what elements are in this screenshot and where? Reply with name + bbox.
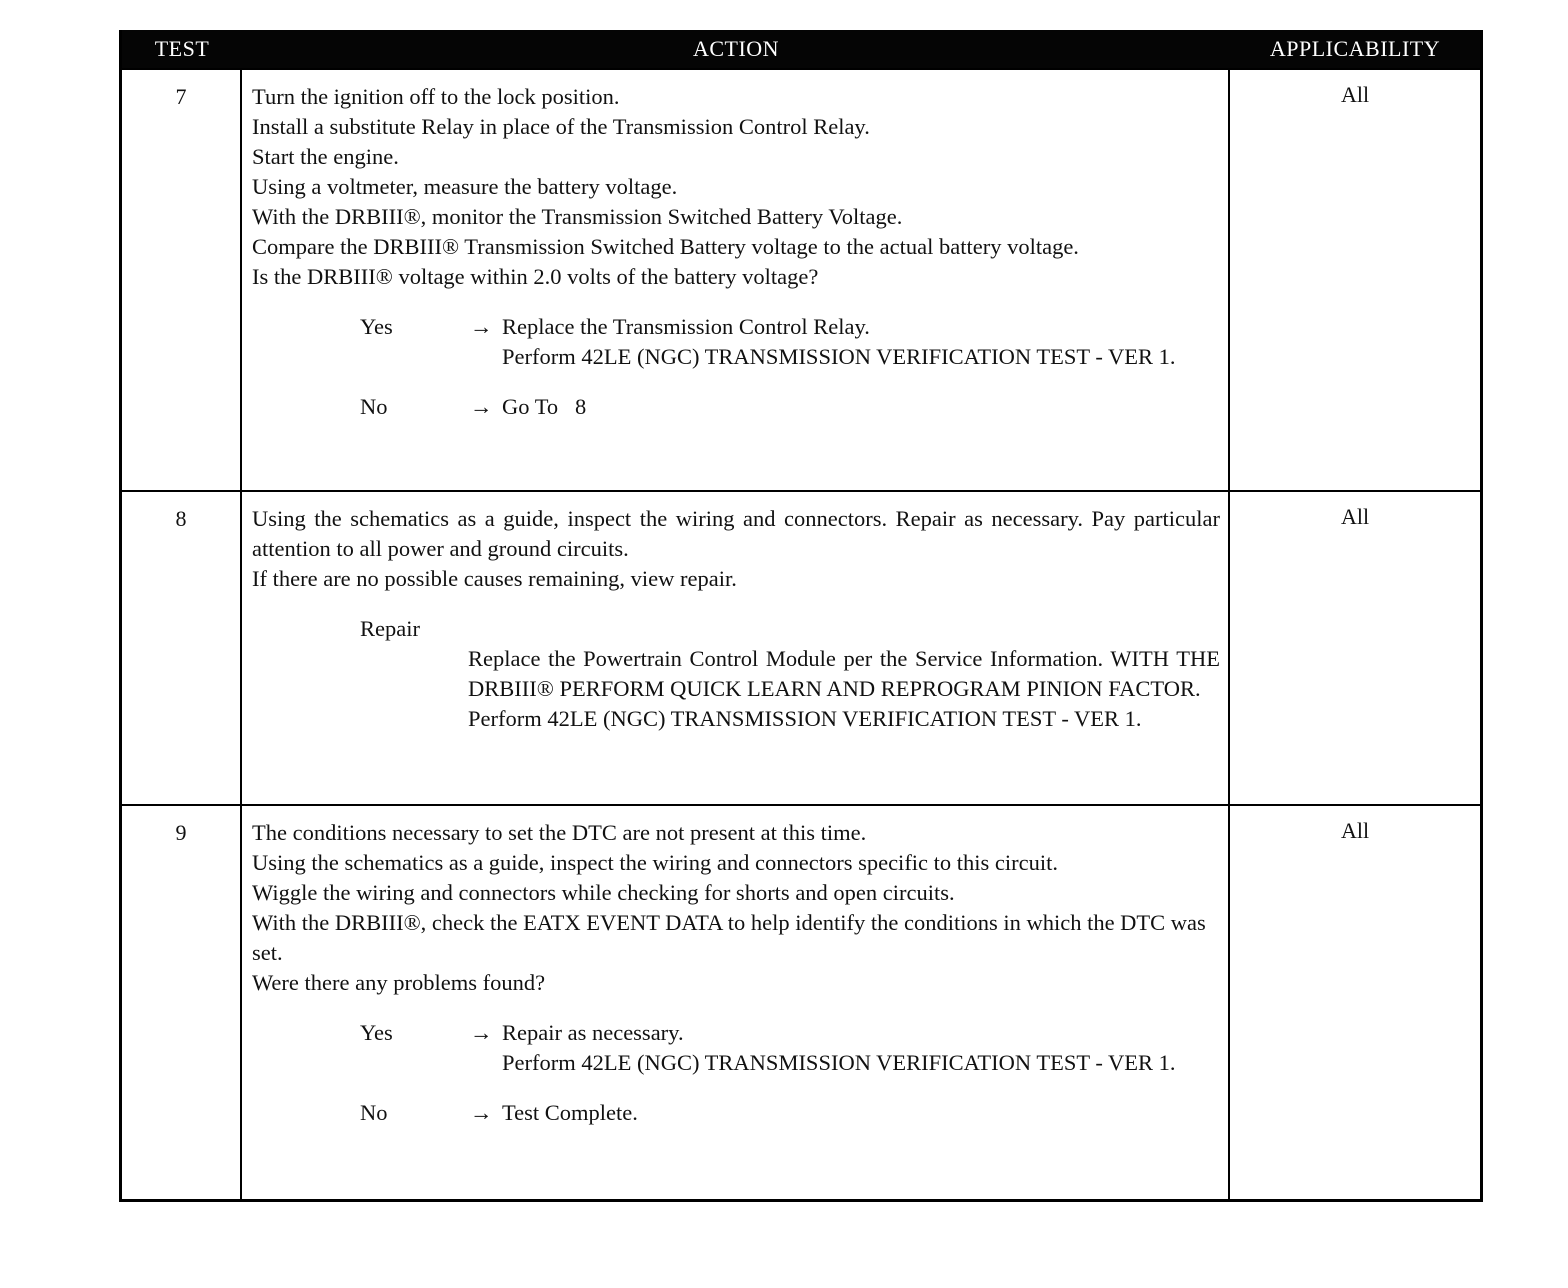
step: Using a voltmeter, measure the battery v… xyxy=(252,172,1220,202)
no-label: No xyxy=(252,392,470,422)
step: Wiggle the wiring and connectors while c… xyxy=(252,878,1220,908)
yes-branch: Yes → Replace the Transmission Control R… xyxy=(252,312,1220,372)
table-row: 9 The conditions necessary to set the DT… xyxy=(122,804,1480,1199)
step: Compare the DRBIII® Transmission Switche… xyxy=(252,232,1220,262)
diagnostic-test-table: TEST ACTION APPLICABILITY 7 Turn the ign… xyxy=(119,30,1483,1202)
arrow-right-icon: → xyxy=(470,312,502,372)
yes-action: Repair as necessary. xyxy=(502,1018,1220,1048)
yes-action: Perform 42LE (NGC) TRANSMISSION VERIFICA… xyxy=(502,1048,1220,1078)
step: If there are no possible causes remainin… xyxy=(252,564,1220,594)
action-cell: The conditions necessary to set the DTC … xyxy=(242,806,1230,1199)
no-branch: No → Go To 8 xyxy=(252,392,1220,422)
arrow-right-icon: → xyxy=(470,1018,502,1078)
yes-label: Yes xyxy=(252,1018,470,1078)
repair-action: Replace the Powertrain Control Module pe… xyxy=(468,644,1220,704)
header-applicability: APPLICABILITY xyxy=(1230,30,1480,68)
step: Using the schematics as a guide, inspect… xyxy=(252,848,1220,878)
go-to-link[interactable]: Go To 8 xyxy=(502,392,1220,422)
yes-action: Replace the Transmission Control Relay. xyxy=(502,312,1220,342)
action-cell: Turn the ignition off to the lock positi… xyxy=(242,70,1230,490)
step: The conditions necessary to set the DTC … xyxy=(252,818,1220,848)
table-row: 7 Turn the ignition off to the lock posi… xyxy=(122,68,1480,490)
repair-label: Repair xyxy=(252,614,1220,644)
step: Start the engine. xyxy=(252,142,1220,172)
step: With the DRBIII®, monitor the Transmissi… xyxy=(252,202,1220,232)
step: Turn the ignition off to the lock positi… xyxy=(252,82,1220,112)
step: Were there any problems found? xyxy=(252,968,1220,998)
no-branch: No → Test Complete. xyxy=(252,1098,1220,1128)
table-row: 8 Using the schematics as a guide, inspe… xyxy=(122,490,1480,804)
header-action: ACTION xyxy=(242,30,1230,68)
arrow-right-icon: → xyxy=(470,392,502,422)
no-label: No xyxy=(252,1098,470,1128)
step: Install a substitute Relay in place of t… xyxy=(252,112,1220,142)
action-cell: Using the schematics as a guide, inspect… xyxy=(242,492,1230,804)
step: Using the schematics as a guide, inspect… xyxy=(252,504,1220,564)
yes-action: Perform 42LE (NGC) TRANSMISSION VERIFICA… xyxy=(502,342,1220,372)
test-number: 9 xyxy=(122,806,242,1199)
arrow-right-icon: → xyxy=(470,1098,502,1128)
applicability-value: All xyxy=(1230,70,1480,490)
table-header: TEST ACTION APPLICABILITY xyxy=(122,30,1480,68)
step: With the DRBIII®, check the EATX EVENT D… xyxy=(252,908,1220,968)
header-test: TEST xyxy=(122,30,242,68)
no-action: Test Complete. xyxy=(502,1098,1220,1128)
yes-label: Yes xyxy=(252,312,470,372)
repair-action: Perform 42LE (NGC) TRANSMISSION VERIFICA… xyxy=(468,704,1220,734)
repair-section: Repair Replace the Powertrain Control Mo… xyxy=(252,614,1220,734)
yes-branch: Yes → Repair as necessary. Perform 42LE … xyxy=(252,1018,1220,1078)
test-number: 8 xyxy=(122,492,242,804)
applicability-value: All xyxy=(1230,806,1480,1199)
test-number: 7 xyxy=(122,70,242,490)
applicability-value: All xyxy=(1230,492,1480,804)
step: Is the DRBIII® voltage within 2.0 volts … xyxy=(252,262,1220,292)
